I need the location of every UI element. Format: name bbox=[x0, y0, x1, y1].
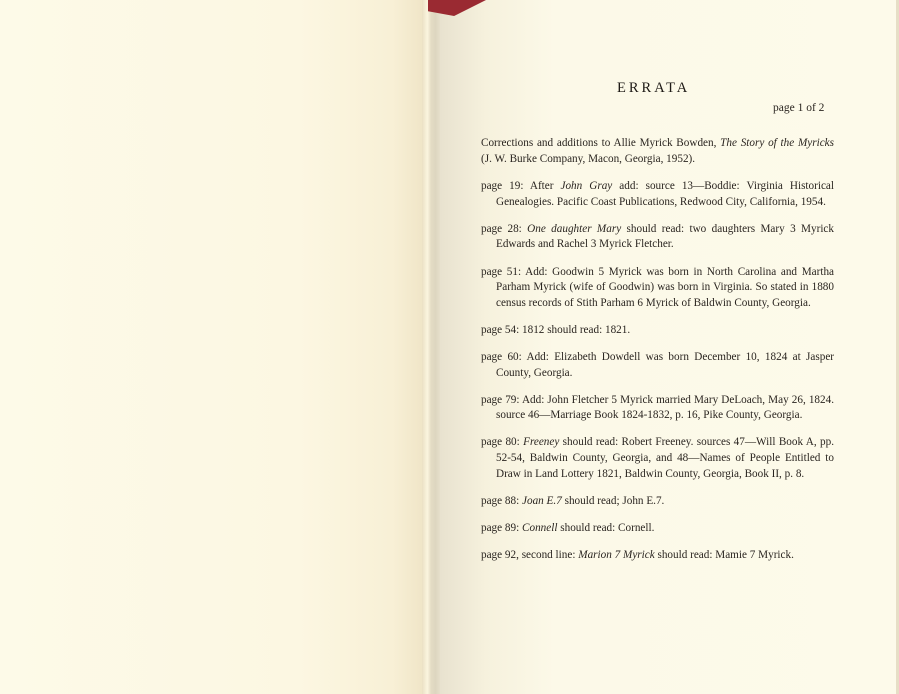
errata-list: Corrections and additions to Allie Myric… bbox=[481, 136, 834, 575]
errata-entry: page 60: Add: Elizabeth Dowdell was born… bbox=[481, 350, 834, 381]
errata-entry: page 28: One daughter Mary should read: … bbox=[481, 222, 834, 253]
errata-entry: page 80: Freeney should read: Robert Fre… bbox=[481, 435, 834, 482]
errata-entry: page 54: 1812 should read: 1821. bbox=[481, 323, 834, 339]
left-page-blank bbox=[0, 0, 426, 694]
errata-entry: page 88: Joan E.7 should read; John E.7. bbox=[481, 494, 834, 510]
page-title: ERRATA bbox=[617, 80, 690, 97]
book-title: The Story of the Myricks bbox=[720, 137, 834, 149]
errata-entry: page 89: Connell should read: Cornell. bbox=[481, 521, 834, 537]
errata-entry: page 19: After John Gray add: source 13—… bbox=[481, 179, 834, 210]
errata-entry: page 92, second line: Marion 7 Myrick sh… bbox=[481, 548, 834, 564]
page-indicator: page 1 of 2 bbox=[773, 102, 824, 114]
errata-entry: page 51: Add: Goodwin 5 Myrick was born … bbox=[481, 265, 834, 312]
errata-entry: page 79: Add: John Fletcher 5 Myrick mar… bbox=[481, 393, 834, 424]
errata-intro: Corrections and additions to Allie Myric… bbox=[481, 136, 834, 167]
